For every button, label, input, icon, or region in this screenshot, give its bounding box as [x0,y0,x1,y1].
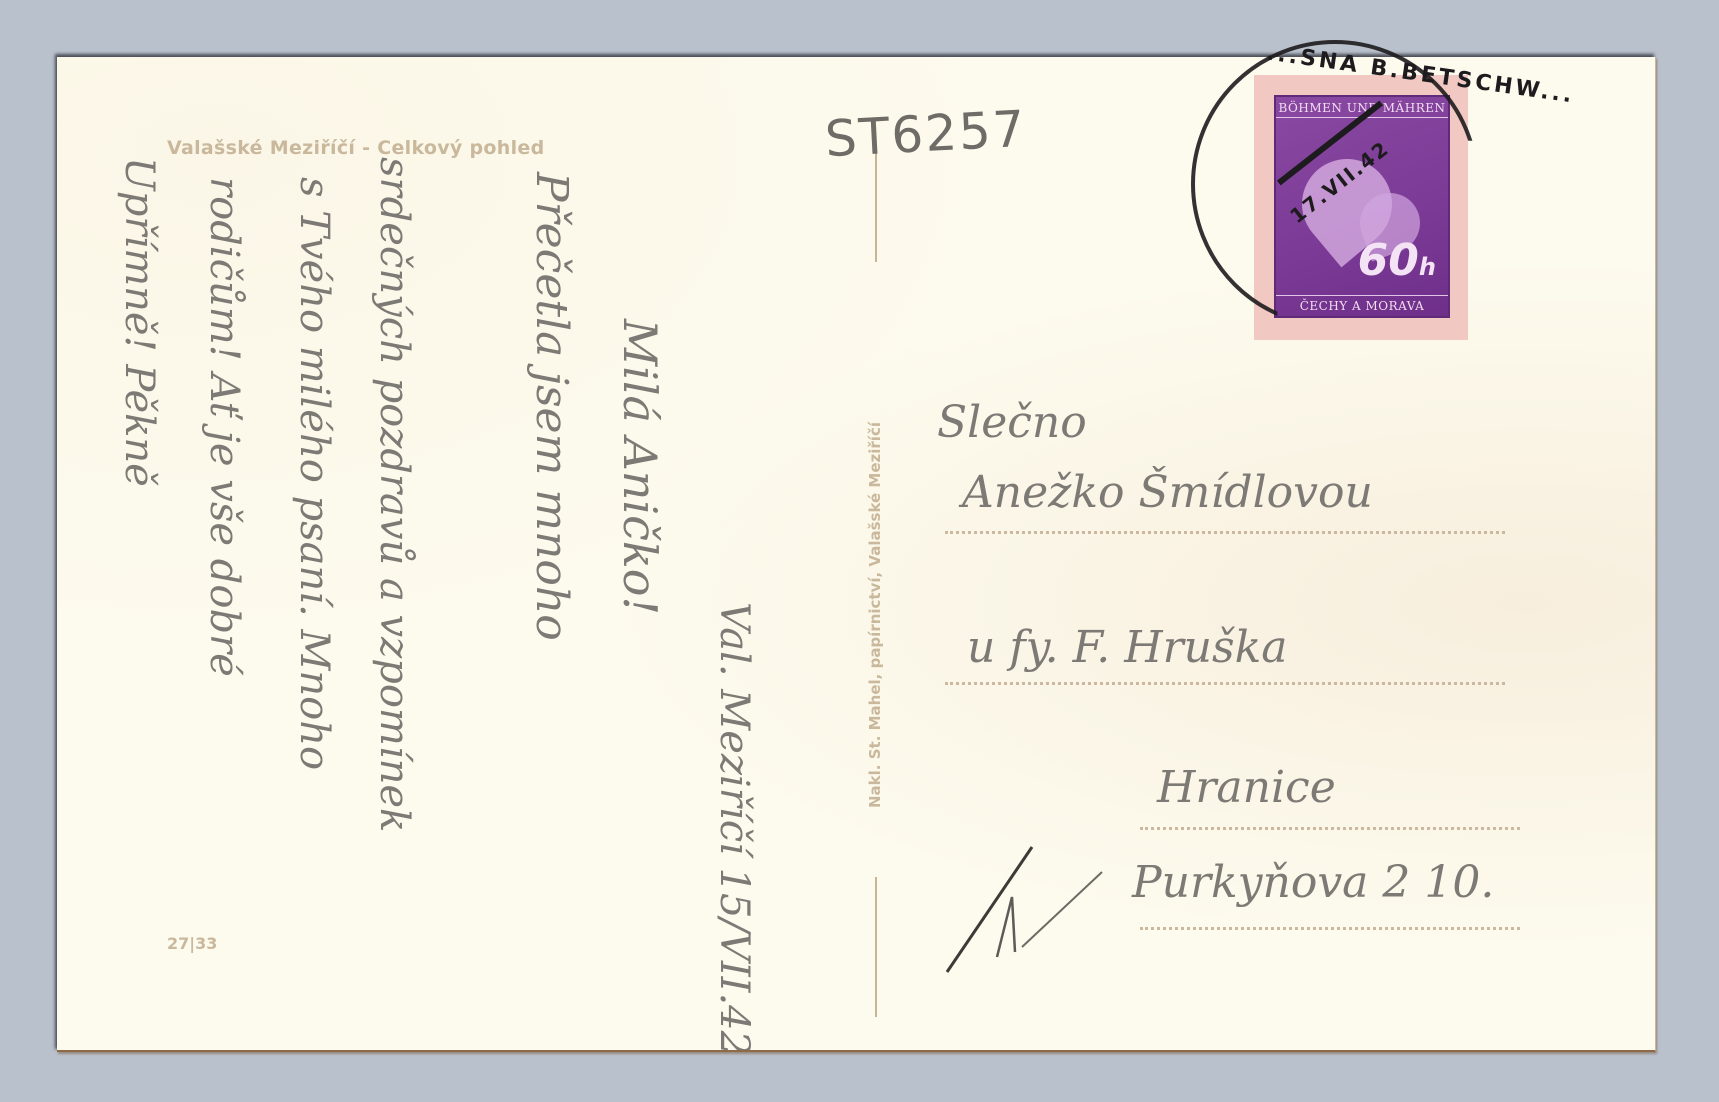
address-rule [945,531,1505,534]
address-line: Purkyňova 2 10. [1132,857,1494,908]
stamp-value-number: 60 [1358,235,1419,286]
printed-caption: Valašské Meziříčí - Celkový pohled [167,137,545,159]
address-rule [1140,927,1520,930]
message-line: Upřímně! Pěkně [116,157,162,487]
message-greeting: Milá Aničko! [613,319,667,615]
message-line: rodičům! Ať je vše dobré [201,177,247,677]
message-place-date: Val. Meziříčí 15/VII.42. [711,602,757,1052]
address-rule [1140,827,1520,830]
stamp-value: 60h [1358,235,1436,286]
center-divider-bottom [875,877,877,1017]
center-divider-top [875,152,877,262]
pen-strokes-icon [937,827,1117,977]
reference-code: ST6257 [824,100,1028,168]
message-line: srdečných pozdravů a vzpomínek [371,157,417,832]
message-line: Přečetla jsem mnoho [526,172,577,641]
address-rule [945,682,1505,685]
address-line: Hranice [1157,762,1336,813]
address-line: Slečno [937,397,1087,448]
address-line: Anežko Šmídlovou [962,467,1373,518]
message-line: s Tvého milého psaní. Mnoho [291,177,337,770]
address-line: u fy. F. Hruška [967,622,1287,673]
stamp-value-unit: h [1419,253,1436,281]
publisher-imprint: Nakl. St. Mahel, papírnictví, Valašské M… [866,422,884,808]
stamp-bottom-text: ČECHY A MORAVA [1276,295,1448,313]
catalog-number: 27|33 [167,934,217,953]
